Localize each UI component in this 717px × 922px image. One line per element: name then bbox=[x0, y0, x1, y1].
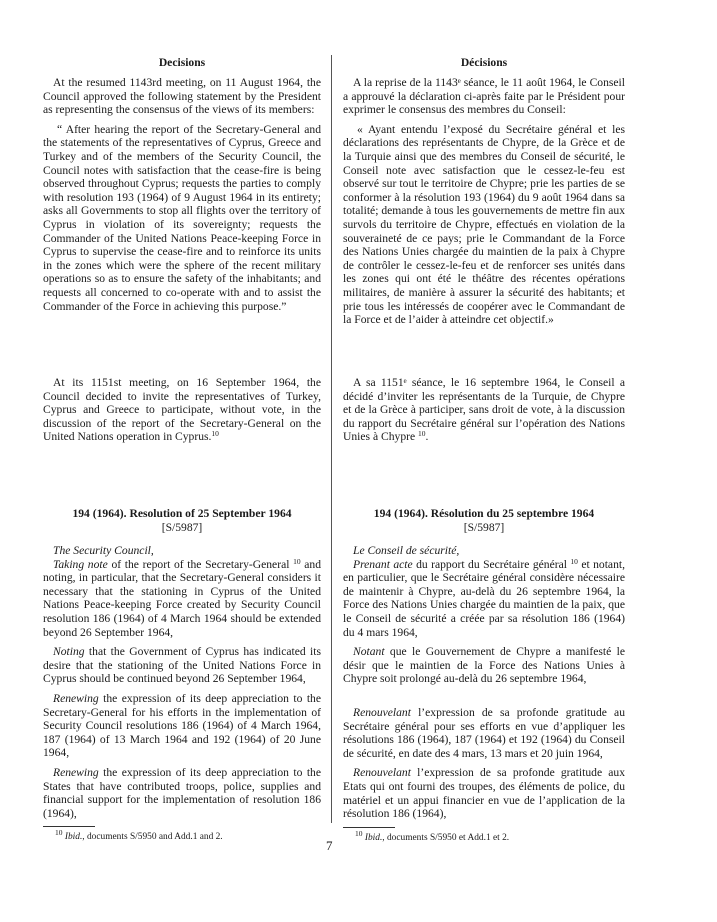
preamble-para4-fr: Renouvelant l’expression de sa profonde … bbox=[343, 766, 625, 820]
preamble-para3-en: Renewing the expression of its deep appr… bbox=[43, 692, 321, 760]
decision1-intro-en: At the resumed 1143rd meeting, on 11 Aug… bbox=[43, 76, 321, 117]
decision2-en: At its 1151st meeting, on 16 September 1… bbox=[43, 376, 321, 444]
decisions-section-fr: Décisions A la reprise de la 1143ᵉ séanc… bbox=[343, 56, 625, 327]
preamble-para2-fr: Notant que le Gouvernement de Chypre a m… bbox=[343, 645, 625, 686]
resolution-title-en: 194 (1964). Resolution of 25 September 1… bbox=[43, 507, 321, 521]
page-number: 7 bbox=[326, 838, 333, 854]
preamble-para1-fr: Prenant acte du rapport du Secrétaire gé… bbox=[343, 558, 625, 640]
preamble-para1-en: Taking note of the report of the Secreta… bbox=[43, 558, 321, 640]
resolution-symbol-fr: [S/5987] bbox=[343, 521, 625, 535]
decision1-intro-fr: A la reprise de la 1143ᵉ séance, le 11 a… bbox=[343, 76, 625, 117]
decision1-quote-en: “ After hearing the report of the Secret… bbox=[43, 123, 321, 313]
footnote-ref[interactable]: 10 bbox=[211, 429, 219, 438]
decisions-heading-fr: Décisions bbox=[343, 56, 625, 70]
resolution-title-fr: 194 (1964). Résolution du 25 septembre 1… bbox=[343, 507, 625, 521]
decisions-heading-en: Decisions bbox=[43, 56, 321, 70]
footnote-en: 10 Ibid., documents S/5950 and Add.1 and… bbox=[43, 832, 321, 843]
decision2-fr: A sa 1151ᵉ séance, le 16 septembre 1964,… bbox=[343, 376, 625, 444]
council-line-en: The Security Council, bbox=[43, 544, 321, 558]
resolution-section-en: 194 (1964). Resolution of 25 September 1… bbox=[43, 507, 321, 843]
column-divider bbox=[331, 55, 332, 823]
resolution-section-fr: 194 (1964). Résolution du 25 septembre 1… bbox=[343, 507, 625, 844]
preamble-para3-fr: Renouvelant l’expression de sa profonde … bbox=[343, 706, 625, 760]
decision2-text-fr: A sa 1151ᵉ séance, le 16 septembre 1964,… bbox=[343, 376, 625, 444]
footnote-ref[interactable]: 10 bbox=[418, 429, 426, 438]
decision2-text-en: At its 1151st meeting, on 16 September 1… bbox=[43, 376, 321, 444]
preamble-para4-en: Renewing the expression of its deep appr… bbox=[43, 766, 321, 820]
footnote-ref[interactable]: 10 bbox=[570, 557, 578, 566]
decision1-quote-fr: « Ayant entendu l’exposé du Secrétaire g… bbox=[343, 123, 625, 327]
footnote-fr: 10 Ibid., documents S/5950 et Add.1 et 2… bbox=[343, 833, 625, 844]
footnote-rule bbox=[343, 827, 395, 828]
footnote-ref[interactable]: 10 bbox=[293, 557, 301, 566]
council-line-fr: Le Conseil de sécurité, bbox=[343, 544, 625, 558]
preamble-para2-en: Noting that the Government of Cyprus has… bbox=[43, 645, 321, 686]
footnote-rule bbox=[43, 826, 95, 827]
resolution-symbol-en: [S/5987] bbox=[43, 521, 321, 535]
decisions-section-en: Decisions At the resumed 1143rd meeting,… bbox=[43, 56, 321, 313]
